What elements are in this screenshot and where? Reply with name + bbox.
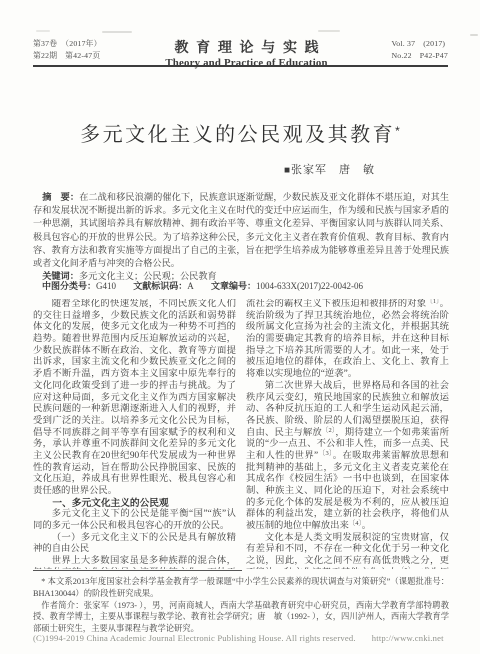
body-paragraph: 多元文化主义下的公民是能平衡“国”“族”认同的多元一体公民和极具包容心的开放的公… xyxy=(33,509,236,532)
body-paragraph: 文化本是人类文明发展积淀的宝贵财富，仅有差异和不同，不存在一种文化优于另一种文化… xyxy=(246,533,449,569)
author-marker-icon: ■ xyxy=(284,165,291,176)
footnote-block: * 本文系2013年度国家社会科学基金教育学一般课题“中小学生公民素养的现状调查… xyxy=(33,576,449,635)
journal-volume-info-cn: 第37卷 （2017年） 第22期 第42-47页 xyxy=(33,38,102,61)
scan-artifact xyxy=(470,34,478,36)
article-id-pair: 文章编号：1004-633X(2017)22-0042-06 xyxy=(211,281,363,291)
sub-section-heading: （一）多元文化主义下的公民是具有解放精神的自由公民 xyxy=(33,533,236,556)
issue-line-cn: 第22期 第42-47页 xyxy=(33,50,102,62)
doc-code-value: A xyxy=(187,281,194,291)
volume-line-en: Vol. 37 (2017) xyxy=(391,38,448,50)
issue-line-en: No.22 P42-P47 xyxy=(391,50,448,62)
journal-volume-info-en: Vol. 37 (2017) No.22 P42-P47 xyxy=(391,38,448,61)
abstract-block: 摘 要：在二战和移民浪潮的催化下，民族意识逐渐觉醒，少数民族及亚文化群体不堪压迫… xyxy=(33,191,449,283)
footnote-divider xyxy=(33,570,242,571)
doc-code-pair: 文献标识码：A xyxy=(133,281,194,291)
clc-pair: 中图分类号：G410 xyxy=(42,281,116,291)
article-title-text: 多元文化主义的公民观及其教育 xyxy=(80,124,395,146)
scan-artifact xyxy=(36,30,50,32)
header-divider xyxy=(33,65,448,67)
abstract-paragraph: 摘 要：在二战和移民浪潮的催化下，民族意识逐渐觉醒，少数民族及亚文化群体不堪压迫… xyxy=(33,191,449,270)
body-paragraph: 世界上大多数国家虽是多种族群的混合体，但被分享的文化往往是主流群体的文化，而处于… xyxy=(33,556,236,569)
author-names: 张家军 唐 敏 xyxy=(291,164,375,176)
scan-artifact xyxy=(102,31,132,33)
article-id-value: 1004-633X(2017)22-0042-06 xyxy=(256,281,363,291)
abstract-label: 摘 要： xyxy=(42,192,79,202)
abstract-text: 在二战和移民浪潮的催化下，民族意识逐渐觉醒，少数民族及亚文化群体不堪压迫，对其生… xyxy=(33,192,449,268)
doc-code-label: 文献标识码： xyxy=(133,281,187,291)
journal-title-en: Theory and Practice of Education xyxy=(165,57,327,69)
copyright-line: (C)1994-2019 China Academic Journal Elec… xyxy=(33,633,444,643)
footnote-fund: * 本文系2013年度国家社会科学基金教育学一般课题“中小学生公民素养的现状调查… xyxy=(33,576,449,600)
left-column: 随着全球化的快速发展，不同民族文化人们的交往日益增多，少数民族文化的活跃和弱势群… xyxy=(33,299,236,569)
clc-value: G410 xyxy=(96,281,116,291)
scan-artifact xyxy=(318,30,340,32)
body-paragraph: 第二次世界大战后，世界格局和各国的社会秩序风云变幻，殖民地国家的民族独立和解放运… xyxy=(246,381,449,533)
body-paragraph: 随着全球化的快速发展，不同民族文化人们的交往日益增多，少数民族文化的活跃和弱势群… xyxy=(33,299,236,498)
title-footnote-mark: * xyxy=(395,124,400,138)
article-title: 多元文化主义的公民观及其教育* xyxy=(0,118,480,147)
article-id-label: 文章编号： xyxy=(211,281,256,291)
copyright-text: (C)1994-2019 China Academic Journal Elec… xyxy=(33,633,356,643)
classification-line: 中图分类号：G410 文献标识码：A 文章编号：1004-633X(2017)2… xyxy=(33,279,449,292)
scanned-paper-page: 第37卷 （2017年） 第22期 第42-47页 教育理论与实践 Theory… xyxy=(0,0,480,654)
body-paragraph: 流社会的霸权主义下被压迫和被排挤的对象〔1〕。统治阶级为了捍卫其统治地位，必然会… xyxy=(246,299,449,381)
clc-label: 中图分类号： xyxy=(42,281,96,291)
journal-title-cn: 教育理论与实践 xyxy=(173,37,328,57)
volume-line-cn: 第37卷 （2017年） xyxy=(33,38,102,50)
body-columns: 随着全球化的快速发展，不同民族文化人们的交往日益增多，少数民族文化的活跃和弱势群… xyxy=(33,299,449,569)
cnki-url: http://www.cnki.net xyxy=(372,633,444,643)
footnote-author-bio: 作者简介：张家军（1973- ），男，河南商城人，西南大学基础教育研究中心研究员… xyxy=(33,600,449,635)
author-line: ■张家军 唐 敏 xyxy=(284,161,375,177)
right-column: 流社会的霸权主义下被压迫和被排挤的对象〔1〕。统治阶级为了捍卫其统治地位，必然会… xyxy=(246,299,449,569)
section-heading: 一、多元文化主义的公民观 xyxy=(33,498,236,510)
